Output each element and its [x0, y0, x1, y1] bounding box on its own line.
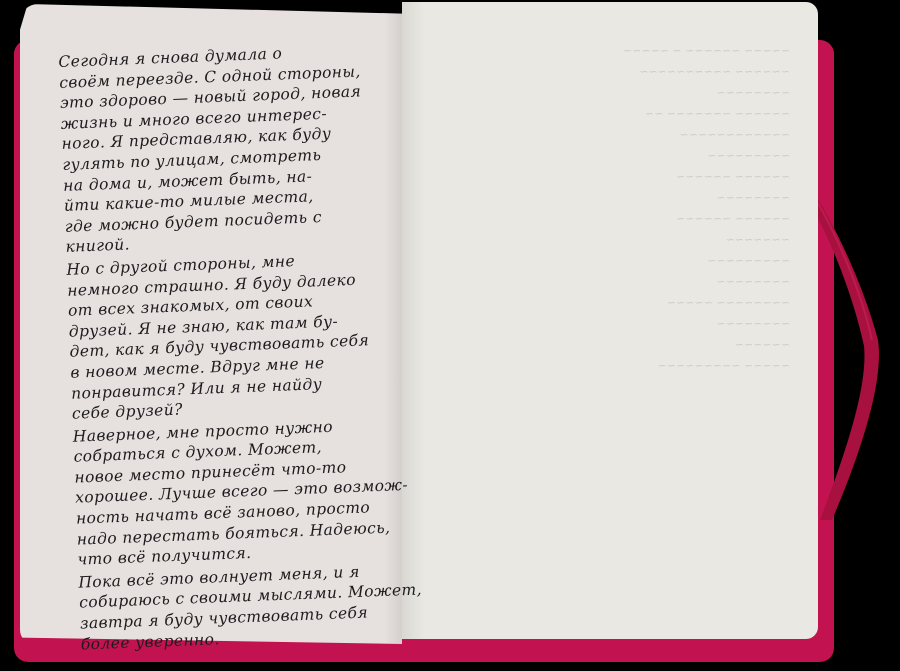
ghost-line: ~~~~~~ ~~~~~~~ ~~ [470, 103, 790, 124]
ghost-line: ~~~~~~~~ [470, 187, 790, 208]
ghost-line: ~~~~~~~~~ [470, 250, 790, 271]
ghost-line: ~~~~~~ ~~~~~~ [470, 208, 790, 229]
ghost-line: ~~~~~~ [470, 334, 790, 355]
show-through-text: ~~~~~ ~~~~~~ ~ ~~~~~ ~~~~~~ ~~~~~~~~~~ ~… [470, 40, 790, 376]
ghost-line: ~~~~~~~~ [470, 82, 790, 103]
ghost-line: ~~~~~~~~ [470, 271, 790, 292]
ghost-line: ~~~~~~~~~~~~ [470, 124, 790, 145]
ghost-line: ~~~~~~~~~ [470, 145, 790, 166]
ghost-line: ~~~~~~ ~~~~~~ [470, 166, 790, 187]
ghost-line: ~~~~~~~~ ~~~~~ [470, 292, 790, 313]
ghost-line: ~~~~~~ ~~~~~~~~~~ [470, 61, 790, 82]
paragraph-1: Сегодня я снова думала о своём переезде.… [58, 39, 406, 258]
ghost-line: ~~~~~~~~ [470, 313, 790, 334]
paragraph-2: Но с другой стороны, мне немного страшно… [66, 247, 412, 425]
ghost-line: ~~~~~ ~~~~~~~~~ [470, 355, 790, 376]
elastic-strap [812, 190, 882, 520]
ghost-line: ~~~~~ ~~~~~~ ~ ~~~~~ [470, 40, 790, 61]
ghost-line: ~~~~~~~ [470, 229, 790, 250]
paragraph-4: Пока всё это волнует меня, и я собираюсь… [78, 559, 421, 654]
paragraph-3: Наверное, мне просто нужно собраться с д… [72, 413, 417, 570]
handwritten-text: Сегодня я снова думала о своём переезде.… [58, 37, 421, 655]
